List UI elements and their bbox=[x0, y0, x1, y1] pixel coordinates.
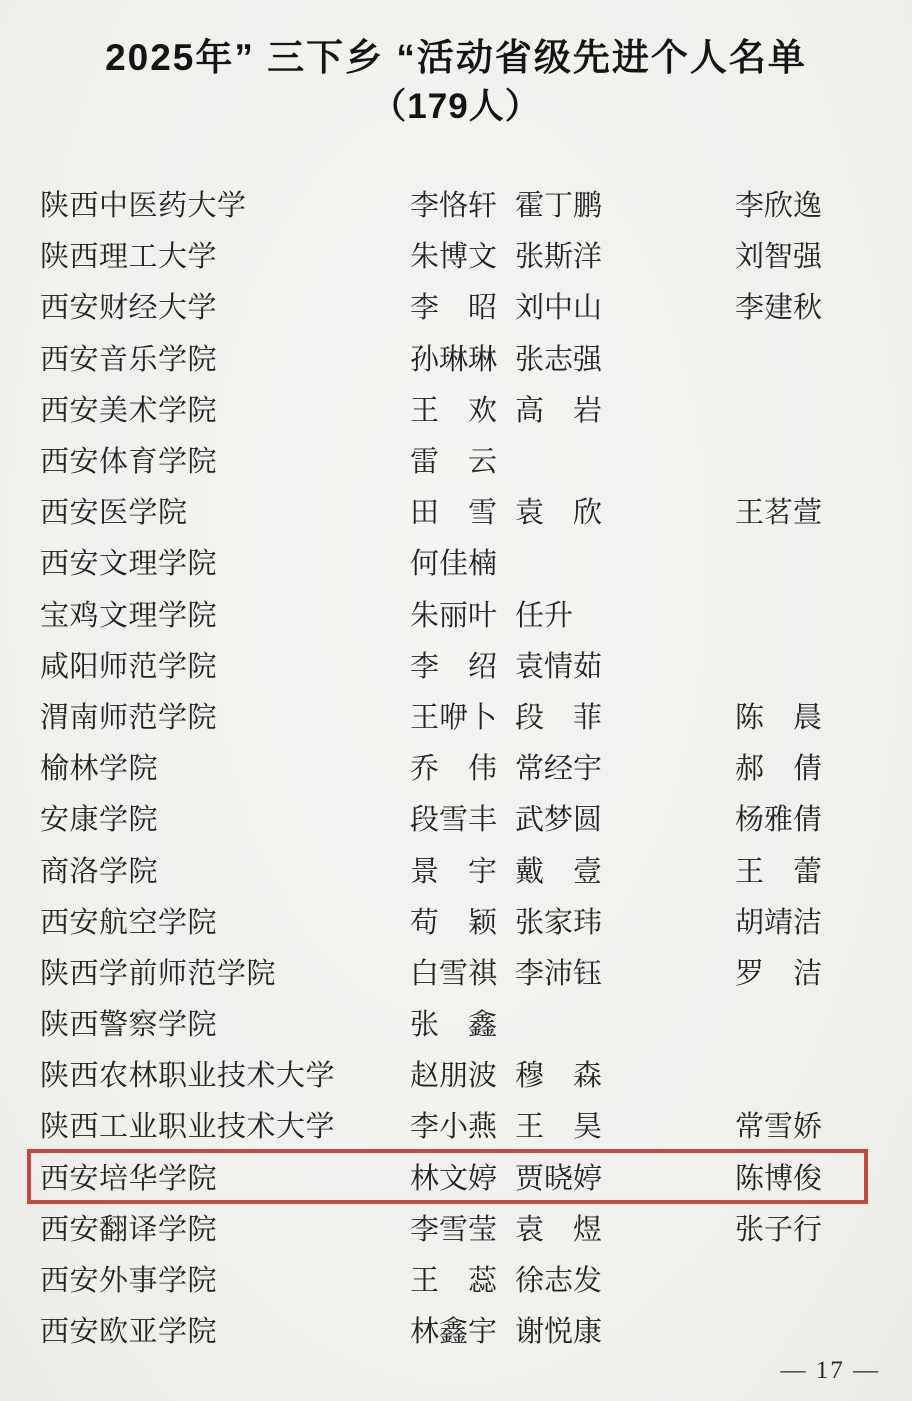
awardee-name-2: 武梦圆 bbox=[515, 797, 735, 838]
table-row: 咸阳师范学院 李 绍 袁情茹 bbox=[0, 639, 912, 690]
awardee-name-1: 苟 颖 bbox=[410, 900, 515, 941]
awardee-name-1: 段雪丰 bbox=[410, 797, 515, 838]
institution-name: 商洛学院 bbox=[40, 849, 410, 890]
institution-name: 榆林学院 bbox=[40, 746, 410, 787]
institution-name: 西安外事学院 bbox=[40, 1258, 410, 1299]
table-row: 陕西农林职业技术大学 赵朋波 穆 森 bbox=[0, 1048, 912, 1099]
awardee-name-1: 田 雪 bbox=[410, 490, 515, 531]
institution-name: 西安医学院 bbox=[40, 490, 410, 531]
awardee-name-3: 李建秋 bbox=[735, 285, 912, 326]
awardee-name-2: 任升 bbox=[515, 593, 735, 634]
awardee-name-1: 张 鑫 bbox=[410, 1002, 515, 1043]
awardee-name-2: 张斯洋 bbox=[515, 234, 735, 275]
awardee-name-2: 谢悦康 bbox=[515, 1309, 735, 1350]
table-row: 陕西理工大学 朱博文 张斯洋 刘智强 bbox=[0, 229, 912, 280]
awardee-name-1: 王 蕊 bbox=[410, 1258, 515, 1299]
table-row: 西安财经大学 李 昭 刘中山 李建秋 bbox=[0, 280, 912, 331]
institution-name: 西安航空学院 bbox=[40, 900, 410, 941]
awardee-name-2: 贾晓婷 bbox=[515, 1156, 735, 1197]
document-page: 2025年” 三下乡 “活动省级先进个人名单 （179人） 陕西中医药大学 李恪… bbox=[0, 0, 912, 1401]
awardee-name-2: 徐志发 bbox=[515, 1258, 735, 1299]
awardee-name-1: 白雪祺 bbox=[410, 951, 515, 992]
awardee-name-1: 王咿卜 bbox=[410, 695, 515, 736]
awardee-name-1: 雷 云 bbox=[410, 439, 515, 480]
awardee-name-2: 袁情茹 bbox=[515, 644, 735, 685]
awardee-name-2: 袁 煜 bbox=[515, 1207, 735, 1248]
awardee-name-1: 李恪轩 bbox=[410, 183, 515, 224]
page-subtitle-count: （179人） bbox=[0, 84, 912, 130]
institution-name: 陕西理工大学 bbox=[40, 234, 410, 275]
awardee-name-3: 常雪娇 bbox=[735, 1104, 912, 1145]
awardee-name-3: 陈 晨 bbox=[735, 695, 912, 736]
awardee-name-3: 王 蕾 bbox=[735, 849, 912, 890]
awardee-name-3: 陈博俊 bbox=[735, 1156, 912, 1197]
institution-name: 渭南师范学院 bbox=[40, 695, 410, 736]
awardee-name-2: 袁 欣 bbox=[515, 490, 735, 531]
awardee-name-3: 胡靖洁 bbox=[735, 900, 912, 941]
table-row: 西安文理学院 何佳楠 bbox=[0, 536, 912, 587]
table-row: 渭南师范学院 王咿卜 段 菲 陈 晨 bbox=[0, 690, 912, 741]
awardee-name-1: 林鑫宇 bbox=[410, 1309, 515, 1350]
table-row: 西安培华学院 林文婷 贾晓婷 陈博俊 bbox=[0, 1151, 912, 1202]
institution-name: 陕西农林职业技术大学 bbox=[40, 1053, 410, 1094]
institution-name: 西安翻译学院 bbox=[40, 1207, 410, 1248]
institution-name: 西安体育学院 bbox=[40, 439, 410, 480]
awardee-name-1: 朱博文 bbox=[410, 234, 515, 275]
table-row: 陕西学前师范学院 白雪祺 李沛钰 罗 洁 bbox=[0, 946, 912, 997]
awardee-name-1: 李 昭 bbox=[410, 285, 515, 326]
awardee-name-2: 高 岩 bbox=[515, 388, 735, 429]
awardee-name-2: 段 菲 bbox=[515, 695, 735, 736]
awardee-name-2: 刘中山 bbox=[515, 285, 735, 326]
awardee-name-1: 赵朋波 bbox=[410, 1053, 515, 1094]
table-row: 西安外事学院 王 蕊 徐志发 bbox=[0, 1253, 912, 1304]
institution-name: 西安财经大学 bbox=[40, 285, 410, 326]
table-row: 安康学院 段雪丰 武梦圆 杨雅倩 bbox=[0, 792, 912, 843]
institution-name: 陕西工业职业技术大学 bbox=[40, 1104, 410, 1145]
table-row: 西安航空学院 苟 颖 张家玮 胡靖洁 bbox=[0, 895, 912, 946]
institution-name: 西安培华学院 bbox=[40, 1156, 410, 1197]
institution-name: 陕西中医药大学 bbox=[40, 183, 410, 224]
awardee-name-1: 乔 伟 bbox=[410, 746, 515, 787]
table-row: 陕西工业职业技术大学 李小燕 王 昊 常雪娇 bbox=[0, 1099, 912, 1150]
table-row: 西安医学院 田 雪 袁 欣 王茗萱 bbox=[0, 485, 912, 536]
institution-name: 安康学院 bbox=[40, 797, 410, 838]
awardee-name-2: 霍丁鹏 bbox=[515, 183, 735, 224]
institution-name: 陕西警察学院 bbox=[40, 1002, 410, 1043]
table-row: 西安体育学院 雷 云 bbox=[0, 434, 912, 485]
table-row: 陕西警察学院 张 鑫 bbox=[0, 997, 912, 1048]
table-row: 西安音乐学院 孙琳琳 张志强 bbox=[0, 332, 912, 383]
awardee-name-1: 景 宇 bbox=[410, 849, 515, 890]
page-title: 2025年” 三下乡 “活动省级先进个人名单 bbox=[0, 36, 912, 80]
awardee-name-2: 穆 森 bbox=[515, 1053, 735, 1094]
institution-name: 西安美术学院 bbox=[40, 388, 410, 429]
awardee-name-3: 罗 洁 bbox=[735, 951, 912, 992]
awardee-name-1: 李雪莹 bbox=[410, 1207, 515, 1248]
awardee-name-2: 张家玮 bbox=[515, 900, 735, 941]
table-row: 西安翻译学院 李雪莹 袁 煜 张子行 bbox=[0, 1202, 912, 1253]
awardee-name-3: 郝 倩 bbox=[735, 746, 912, 787]
institution-name: 西安文理学院 bbox=[40, 541, 410, 582]
table-row: 榆林学院 乔 伟 常经宇 郝 倩 bbox=[0, 741, 912, 792]
page-number: — 17 — bbox=[781, 1357, 881, 1385]
institution-name: 西安音乐学院 bbox=[40, 337, 410, 378]
awardee-name-3: 张子行 bbox=[735, 1207, 912, 1248]
awardee-name-2: 戴 壹 bbox=[515, 849, 735, 890]
awardee-name-1: 孙琳琳 bbox=[410, 337, 515, 378]
table-row: 西安欧亚学院 林鑫宇 谢悦康 bbox=[0, 1304, 912, 1355]
awardee-name-1: 林文婷 bbox=[410, 1156, 515, 1197]
table-row: 陕西中医药大学 李恪轩 霍丁鹏 李欣逸 bbox=[0, 178, 912, 229]
awardee-name-2: 王 昊 bbox=[515, 1104, 735, 1145]
awardee-name-1: 朱丽叶 bbox=[410, 593, 515, 634]
awardee-name-2: 李沛钰 bbox=[515, 951, 735, 992]
awardee-name-1: 王 欢 bbox=[410, 388, 515, 429]
institution-name: 陕西学前师范学院 bbox=[40, 951, 410, 992]
institution-name: 咸阳师范学院 bbox=[40, 644, 410, 685]
table-row: 宝鸡文理学院 朱丽叶 任升 bbox=[0, 588, 912, 639]
table-row: 西安美术学院 王 欢 高 岩 bbox=[0, 383, 912, 434]
table-row: 商洛学院 景 宇 戴 壹 王 蕾 bbox=[0, 843, 912, 894]
awardee-name-2: 张志强 bbox=[515, 337, 735, 378]
awardee-name-1: 何佳楠 bbox=[410, 541, 515, 582]
awardee-name-3: 王茗萱 bbox=[735, 490, 912, 531]
institution-name: 宝鸡文理学院 bbox=[40, 593, 410, 634]
awardee-name-1: 李 绍 bbox=[410, 644, 515, 685]
institution-name: 西安欧亚学院 bbox=[40, 1309, 410, 1350]
awardee-name-1: 李小燕 bbox=[410, 1104, 515, 1145]
awardee-name-3: 杨雅倩 bbox=[735, 797, 912, 838]
awardee-name-3: 李欣逸 bbox=[735, 183, 912, 224]
document-title: 2025年” 三下乡 “活动省级先进个人名单 （179人） bbox=[0, 0, 912, 130]
awardee-name-3: 刘智强 bbox=[735, 234, 912, 275]
award-list: 陕西中医药大学 李恪轩 霍丁鹏 李欣逸 陕西理工大学 朱博文 张斯洋 刘智强 西… bbox=[0, 178, 912, 1355]
awardee-name-2: 常经宇 bbox=[515, 746, 735, 787]
